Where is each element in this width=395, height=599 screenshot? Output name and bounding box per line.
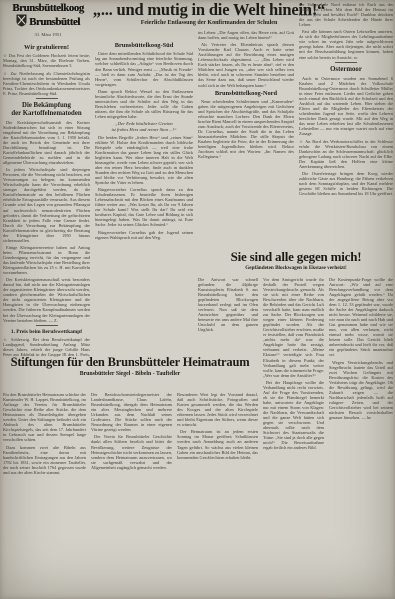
- section-rule: [335, 62, 357, 63]
- section-rule: [36, 98, 58, 99]
- article-paragraph: Dazu kommen zwei alte Bibeln aus Familie…: [3, 445, 86, 475]
- article-paragraph: Für den Brunsbütteler Heimatraum schickt…: [3, 392, 86, 442]
- article-paragraph: Einige Kleingartenvereine haben auf Antr…: [3, 245, 90, 275]
- gegen-headline-block: Sie sind alle gegen mich! Gepfändeten Bl…: [198, 250, 394, 271]
- gegen-column-b: Vor dem Amtsgericht wurde ihr deshalb de…: [263, 277, 324, 594]
- stift-column-c: Besonderen Wert legt der Vorstand darauf…: [177, 392, 258, 595]
- main-headline-subtitle: Feierliche Entlassung der Konfirmanden d…: [92, 20, 326, 26]
- article-paragraph: ☆ Zur Niederlassung als Chemiefachdrogis…: [3, 71, 90, 96]
- newspaper-page: Brunsbüttelkoog Brunsbüttel 31. März 195…: [0, 0, 395, 599]
- masthead-title-line1: Brunsbüttelkoog: [2, 2, 94, 14]
- crest-icon: [16, 14, 27, 30]
- stiftungen-headline-block: Stiftungen für den Brunsbütteler Heimatr…: [2, 356, 258, 377]
- verse-line1: „Der Erde köstlichster Gewinn: [115, 121, 172, 126]
- article-paragraph: Der Verein für Brunsbütteler Geschichte …: [91, 434, 172, 469]
- article-paragraph: Der Kreiskleingartenausschuß weist beson…: [3, 277, 90, 322]
- stiftungen-subtitle: Brunsbütteler Siegel - Bibeln - Tauftell…: [2, 371, 258, 377]
- column-4-nord: der Volksschule Nord entlasse ich Euch a…: [299, 2, 393, 250]
- article-paragraph: Die Kreiskörperschaftsanstalt des Kreise…: [3, 120, 90, 165]
- preis-heading: 1. Preis beim Berufswettkampf: [3, 329, 90, 335]
- article-paragraph: Der Bezirksschornsteinfegermeister der L…: [91, 392, 172, 432]
- article-paragraph: Fast alle können nach Ostern Lehrstellen…: [299, 29, 393, 59]
- section-rule: [36, 325, 58, 326]
- article-paragraph: Wegen Verstrickungsbruchs und Siegelbruc…: [329, 360, 393, 420]
- article-paragraph: Auch in Ostermoor wurden am Sonnabend 6 …: [299, 76, 393, 136]
- column-1: Wir gratulieren! ☆ Das Fest der Goldenen…: [3, 43, 90, 358]
- article-paragraph: Vor dem Amtsgericht wurde ihr deshalb de…: [263, 277, 324, 378]
- article-paragraph: ☆ An Bord des Werkmotorschiffes in der S…: [299, 139, 393, 169]
- article-paragraph: der Volksschule Nord entlasse ich Euch a…: [299, 2, 393, 27]
- kartoffel-heading-line2: der Kartoffelnematoden: [11, 110, 81, 117]
- article-paragraph: Die Antwort war schnell gefunden: die 44…: [198, 277, 258, 332]
- article-paragraph: im Leben: „Die Augen offen, das Herze re…: [198, 30, 294, 40]
- masthead-title-line2-text: Brunsbüttel: [29, 16, 80, 28]
- article-paragraph: Als Vertreter des Elternbeirats sprach d…: [198, 42, 294, 87]
- article-paragraph: Neun scheidenden Schülerinnen und „Kamer…: [198, 99, 294, 159]
- column-2-sued: Brunsbüttelkoog-Süd Unter dem mitreißend…: [95, 41, 193, 375]
- article-paragraph: Bei der Hauptfrage wollte die Verhandlun…: [263, 380, 324, 450]
- article-paragraph: Bürgervorsteher Cornelius sprach dann zu…: [95, 187, 193, 227]
- column-3: im Leben: „Die Augen offen, das Herze re…: [198, 30, 294, 251]
- article-paragraph: ☆ Schleswig. Bei dem Berufswettkampf der…: [3, 337, 90, 358]
- masthead: Brunsbüttelkoog Brunsbüttel 31. März 195…: [2, 2, 94, 42]
- article-paragraph: Die beiden Begriffe „frohes Herz“ und „r…: [95, 135, 193, 185]
- ostermoor-heading: Ostermoor: [299, 66, 393, 73]
- gegen-subtitle: Gepfändeten Blockwagen in Ekstase verhei…: [198, 265, 394, 271]
- article-paragraph: Besonderen Wert legt der Vorstand darauf…: [177, 392, 258, 427]
- article-paragraph: Unter dem mitreißenden Schlußchoral der …: [95, 51, 193, 86]
- article-paragraph: Die Osterfeiertage bringen dem Koog wied…: [299, 171, 393, 196]
- nord-heading: Brunsbüttelkoog-Nord: [198, 90, 294, 97]
- article-paragraph: In jedem Wirtschaftsjahr sind diejenigen…: [3, 167, 90, 242]
- main-headline: „... und mutig in die Welt hinein!“: [92, 1, 326, 18]
- article-paragraph: ☆ Das Fest der Goldenen Hochzeit feiern …: [3, 53, 90, 68]
- gratulieren-heading: Wir gratulieren!: [3, 44, 90, 51]
- article-paragraph: Der Heimatraum ist an jedem ersten Sonnt…: [177, 429, 258, 459]
- kartoffel-heading-line1: Die Bekämpfung: [22, 102, 71, 109]
- gegen-headline: Sie sind alle gegen mich!: [198, 250, 394, 264]
- gegen-column-c: Die Kostenpunkt-Frage wollte die Antwort…: [329, 277, 393, 594]
- main-headline-block: „... und mutig in die Welt hinein!“ Feie…: [92, 1, 326, 26]
- stift-column-b: Der Bezirksschornsteinfegermeister der L…: [91, 392, 172, 595]
- masthead-title-line2: Brunsbüttel: [2, 14, 94, 30]
- verse: „Der Erde köstlichster Gewinn ist frohes…: [95, 121, 193, 132]
- article-paragraph: Die Kostenpunkt-Frage wollte die Antwort…: [329, 277, 393, 358]
- article-paragraph: Dann sprach Rektor Wessel zu den Entlass…: [95, 89, 193, 119]
- stiftungen-headline: Stiftungen für den Brunsbütteler Heimatr…: [2, 356, 258, 369]
- verse-line2: ist frohes Herz und reiner Sinn ...!“: [111, 127, 176, 132]
- sued-heading: Brunsbüttelkoog-Süd: [95, 42, 193, 49]
- gegen-column-a: Die Antwort war schnell gefunden: die 44…: [198, 277, 258, 353]
- kartoffel-heading: Die Bekämpfung der Kartoffelnematoden: [3, 102, 90, 117]
- article-paragraph: Bürgervorsteher Cornelius gab der Jugend…: [95, 230, 193, 240]
- issue-date: 31. März 1951: [2, 32, 94, 37]
- stift-column-a: Für den Brunsbütteler Heimatraum schickt…: [3, 392, 86, 595]
